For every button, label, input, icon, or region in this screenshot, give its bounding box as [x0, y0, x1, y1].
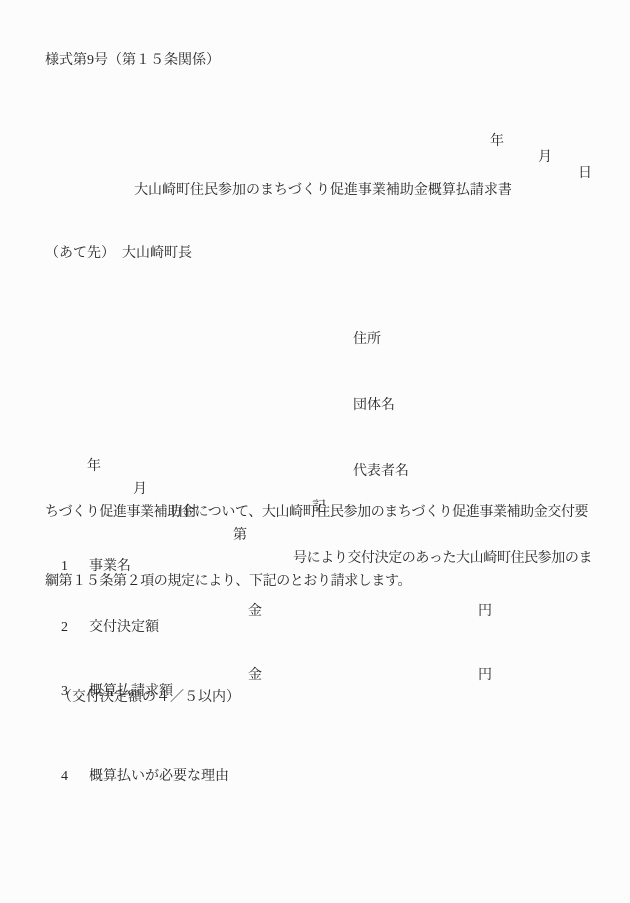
month-label: 月: [538, 146, 552, 166]
item-3-amount-prefix: 金: [248, 664, 262, 684]
item-1-number: 1: [61, 559, 89, 575]
addressee-line: （あて先） 大山崎町長: [45, 242, 192, 262]
body-line-1: 年 月 日付 第 号により交付決定のあった大山崎町住民参加のま: [45, 432, 593, 455]
form-number: 様式第9号（第１５条関係）: [45, 49, 220, 69]
item-1-label: 事業名: [89, 559, 131, 574]
item-4-label: 概算払いが必要な理由: [89, 769, 229, 784]
address-label: 住所: [353, 329, 409, 351]
body-line-1-text: 号により交付決定のあった大山崎町住民参加のま: [293, 547, 592, 570]
decision-year-label: 年: [87, 455, 101, 478]
item-3-note: （交付決定額の４／５以内）: [58, 686, 240, 706]
item-3-amount-suffix: 円: [478, 664, 492, 684]
document-page: 様式第9号（第１５条関係） 年 月 日 大山崎町住民参加のまちづくり促進事業補助…: [0, 0, 630, 903]
item-2-amount-prefix: 金: [248, 600, 262, 620]
date-line: 年 月 日: [0, 114, 630, 132]
item-2-amount-suffix: 円: [478, 600, 492, 620]
item-row-reason: 4概算払いが必要な理由: [47, 749, 229, 801]
document-title: 大山崎町住民参加のまちづくり促進事業補助金概算払請求書: [0, 179, 630, 199]
item-2-number: 2: [61, 620, 89, 636]
year-label: 年: [490, 130, 504, 150]
item-row-provisional-payment-amount: 3概算払請求額 金 円: [47, 664, 173, 748]
item-row-project-name: 1事業名: [47, 539, 131, 591]
item-2-label: 交付決定額: [89, 620, 159, 635]
item-4-number: 4: [61, 769, 89, 785]
ki-heading: 記: [0, 496, 630, 516]
decision-number-label: 第: [233, 524, 247, 547]
